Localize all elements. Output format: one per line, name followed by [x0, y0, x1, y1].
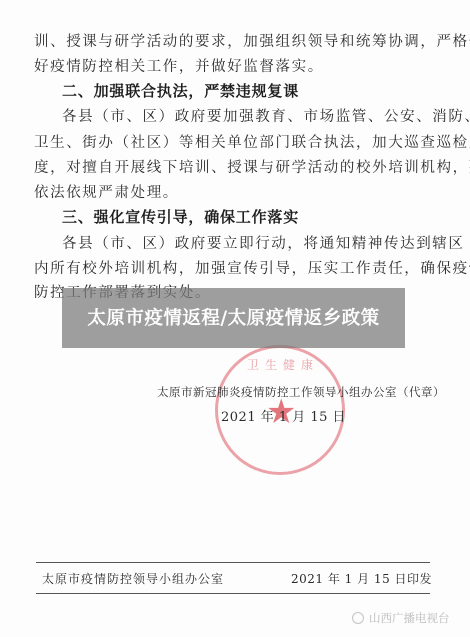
watermark-text: 山西广播电视台 [369, 610, 450, 626]
footer-issue-date: 2021 年 1 月 15 日印发 [291, 570, 432, 587]
signature-organization: 太原市新冠肺炎疫情防控工作领导小组办公室（代章） [157, 384, 445, 400]
body-text-line: 好疫情防控相关工作，并做好监督落实。 [34, 55, 324, 76]
body-text-line: 训、授课与研学活动的要求，加强组织领导和统筹协调，严格做 [34, 30, 470, 51]
body-text-line: 各县（市、区）政府要加强教育、市场监管、公安、消防、 [62, 105, 470, 126]
body-text-line: 卫生、街办（社区）等相关单位部门联合执法，加大巡查巡检力 [34, 131, 470, 152]
wechat-icon [352, 612, 364, 624]
title-overlay: 太原市疫情返程/太原疫情返乡政策 [62, 288, 405, 348]
document-page: 训、授课与研学活动的要求，加强组织领导和统筹协调，严格做 好疫情防控相关工作，并… [0, 0, 470, 637]
section-heading: 二、加强联合执法，严禁违规复课 [62, 80, 299, 101]
body-text-line: 各县（市、区）政府要立即行动，将通知精神传达到辖区 [62, 232, 465, 253]
footer-bottom-rule [36, 593, 430, 594]
footer-top-rule [36, 562, 430, 563]
stamp-text: 卫生健康 [238, 356, 328, 373]
overlay-title: 太原市疫情返程/太原疫情返乡政策 [74, 307, 394, 330]
footer-issuer: 太原市疫情防控领导小组办公室 [42, 570, 224, 587]
signature-date: 2021 年 1 月 15 日 [221, 406, 346, 425]
body-text-line: 依法依规严肃处理。 [34, 181, 179, 202]
body-text-line: 内所有校外培训机构，加强宣传引导，压实工作责任，确保疫情 [34, 257, 470, 278]
section-heading: 三、强化宣传引导，确保工作落实 [62, 206, 299, 227]
body-text-line: 度，对擅自开展线下培训、授课与研学活动的校外培训机构，要 [34, 156, 470, 177]
source-watermark: 山西广播电视台 [352, 610, 450, 626]
